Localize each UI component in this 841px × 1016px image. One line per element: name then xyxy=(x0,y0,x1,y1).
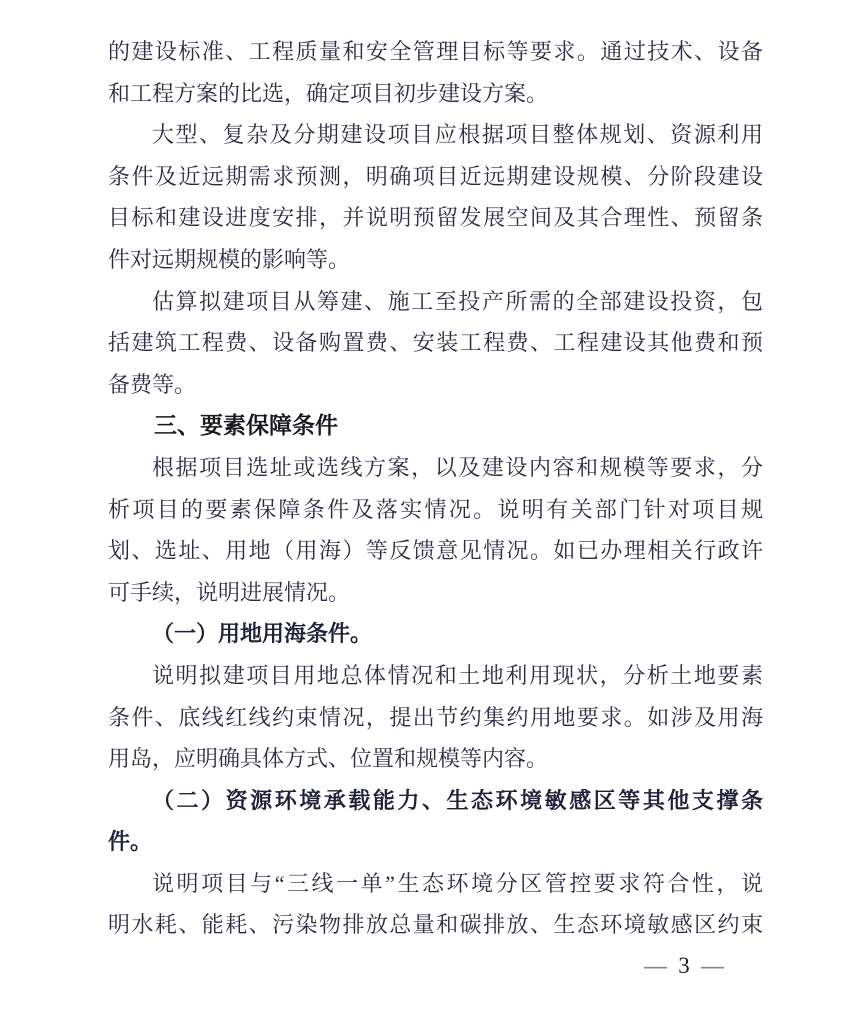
body-text-line: 明水耗、能耗、污染物排放总量和碳排放、生态环境敏感区约束 xyxy=(108,904,763,946)
page-number-right-dash: — xyxy=(701,951,724,981)
body-text-line: 用岛，应明确具体方式、位置和规模等内容。 xyxy=(108,738,763,780)
document-page: 的建设标准、工程质量和安全管理目标等要求。通过技术、设备和工程方案的比选，确定项… xyxy=(0,0,841,1016)
section-heading: 三、要素保障条件 xyxy=(108,405,763,447)
body-text-line: 和工程方案的比选，确定项目初步建设方案。 xyxy=(108,73,763,115)
body-text-line: 的建设标准、工程质量和安全管理目标等要求。通过技术、设备 xyxy=(108,31,763,73)
subsection-heading: （一）用地用海条件。 xyxy=(108,613,763,655)
body-text-line: 条件、底线红线约束情况，提出节约集约用地要求。如涉及用海 xyxy=(108,697,763,739)
body-text-line: 备费等。 xyxy=(108,364,763,406)
body-text-line: 说明拟建项目用地总体情况和土地利用现状，分析土地要素 xyxy=(108,655,763,697)
subsection-heading: 件。 xyxy=(108,821,763,863)
subsection-heading: （二）资源环境承载能力、生态环境敏感区等其他支撑条 xyxy=(108,780,763,822)
body-text-line: 件对远期规模的影响等。 xyxy=(108,239,763,281)
body-text-line: 估算拟建项目从筹建、施工至投产所需的全部建设投资，包 xyxy=(108,281,763,323)
body-text-line: 划、选址、用地（用海）等反馈意见情况。如已办理相关行政许 xyxy=(108,530,763,572)
body-text-line: 可手续，说明进展情况。 xyxy=(108,572,763,614)
text-block: 的建设标准、工程质量和安全管理目标等要求。通过技术、设备和工程方案的比选，确定项… xyxy=(108,31,763,946)
body-text-line: 根据项目选址或选线方案，以及建设内容和规模等要求，分 xyxy=(108,447,763,489)
body-text-line: 大型、复杂及分期建设项目应根据项目整体规划、资源利用 xyxy=(108,114,763,156)
body-text-line: 括建筑工程费、设备购置费、安装工程费、工程建设其他费和预 xyxy=(108,322,763,364)
page-number-value: 3 xyxy=(678,951,690,981)
body-text-line: 条件及近远期需求预测，明确项目近远期建设规模、分阶段建设 xyxy=(108,156,763,198)
body-text-line: 析项目的要素保障条件及落实情况。说明有关部门针对项目规 xyxy=(108,489,763,531)
body-text-line: 目标和建设进度安排，并说明预留发展空间及其合理性、预留条 xyxy=(108,197,763,239)
page-number: — 3 — xyxy=(644,951,724,981)
body-text-line: 说明项目与“三线一单”生态环境分区管控要求符合性，说 xyxy=(108,863,763,905)
page-number-left-dash: — xyxy=(644,951,667,981)
